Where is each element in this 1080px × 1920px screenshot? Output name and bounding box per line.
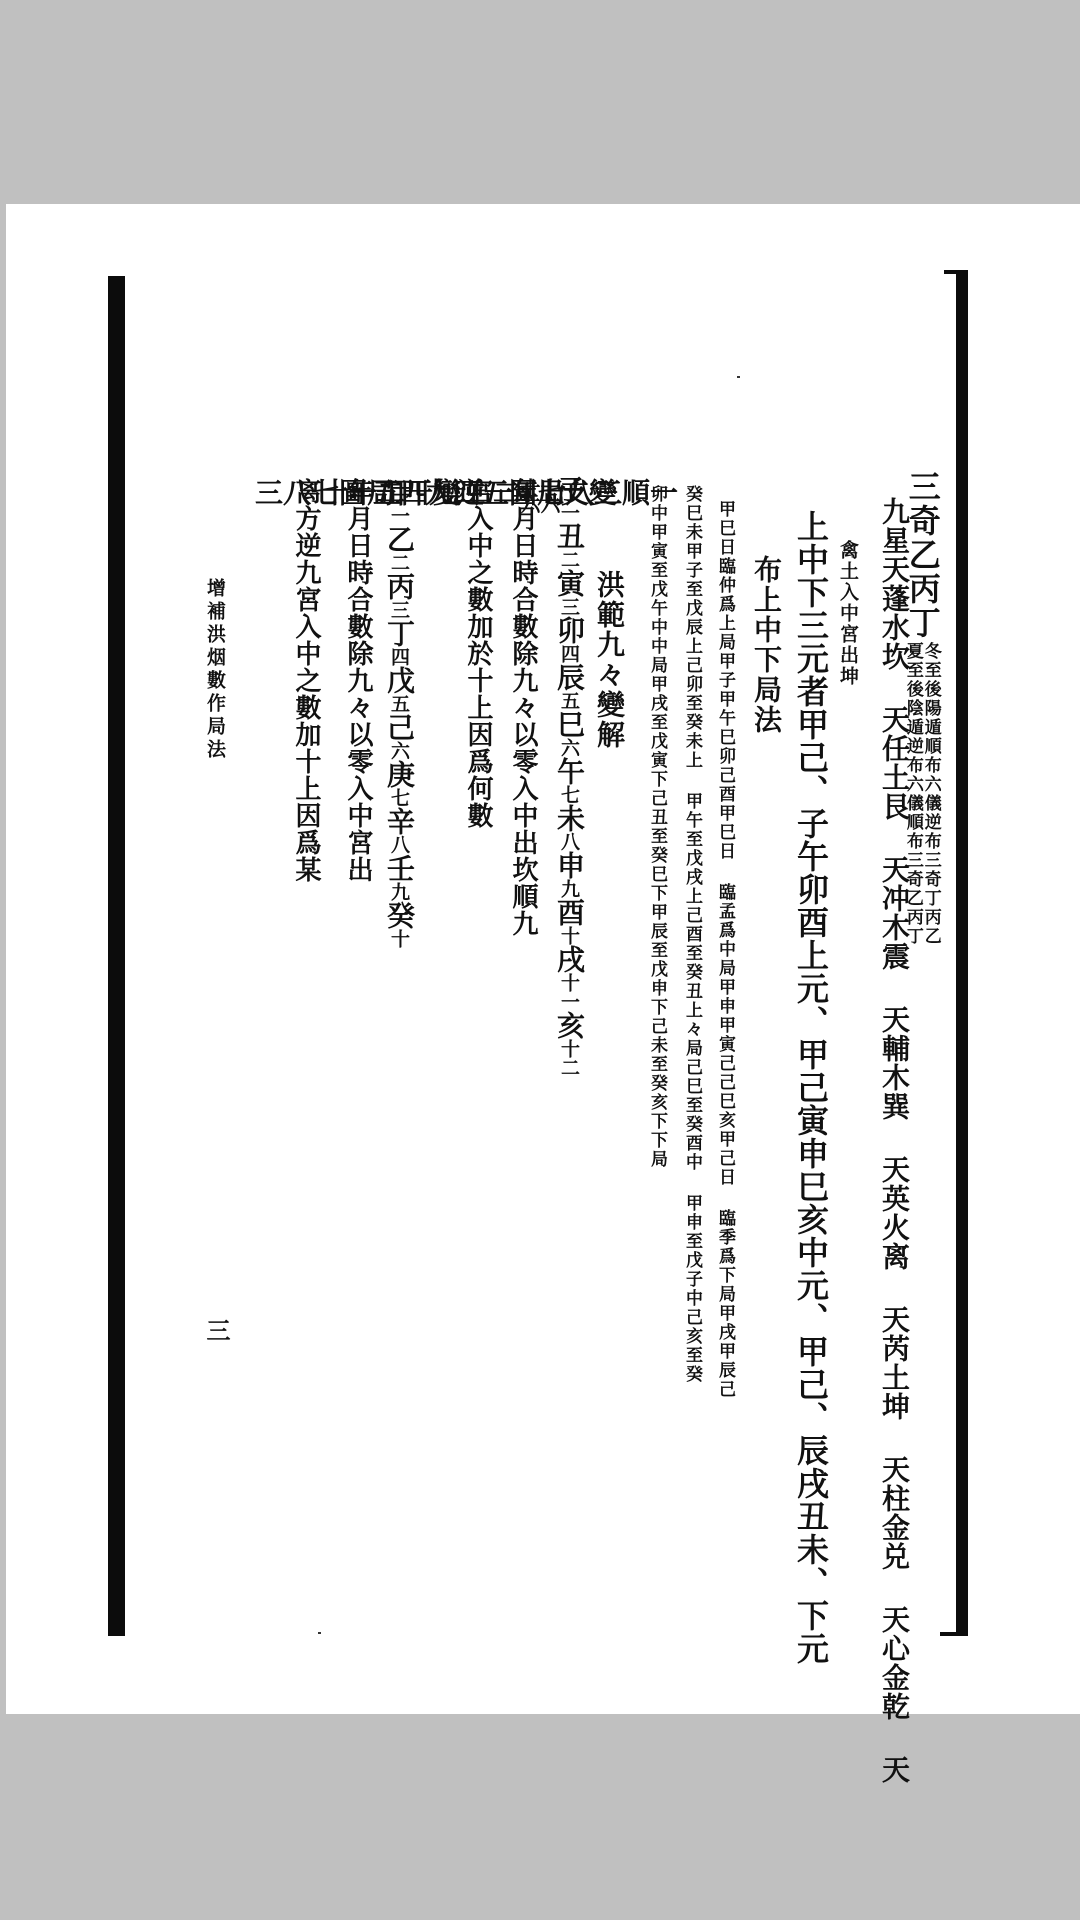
page-frame-right-border [956, 270, 968, 1636]
page-number: 三 [204, 1318, 228, 1342]
scan-speck [318, 1632, 321, 1634]
scan-speck [737, 376, 740, 378]
annotation-column-1: 甲巳日臨仲爲上局甲子甲午巳卯己酉甲巳日 臨孟爲中局甲申甲寅己己巳亥甲己日 臨季爲… [716, 500, 733, 1399]
annotation-column-2: 癸巳未甲子至戊辰上己卯至癸未上 甲午至戊戌上己酉至癸丑上々局己巳至癸酉中 甲申至… [683, 485, 700, 1384]
column-biangan: 變 干 二 一 十 离方逆九宮入中之數加十上因爲某 [293, 478, 459, 883]
running-title: 增補洪烟數作局法 [205, 578, 224, 762]
page-frame-right-bottom [940, 1632, 968, 1636]
page-frame-left-border [108, 276, 125, 1636]
column-qin: 禽土入中宮出坤 [838, 540, 857, 687]
page-frame-left-corner [108, 276, 125, 290]
biangan-explanation: 离方逆九宮入中之數加十上因爲某 [293, 478, 319, 883]
heading-bu-ju-fa: 布上中下局法 [752, 555, 780, 735]
column-jutu-2: 局 圖 七 八 三 [253, 478, 393, 532]
column-sanyuan: 上中下三元者甲己、子午卯酉上元、甲己寅申巳亥中元、甲己、辰戌丑未、下元 [795, 510, 827, 1665]
sanqi-note-yang: 冬至後陽遁順布六儀逆布三奇丁丙乙 [921, 642, 939, 946]
scanned-page [6, 204, 1080, 1714]
column-jiuxing: 九星天蓬水坎 天任土艮 天冲木震 天輔木巽 天英火离 天芮土坤 天柱金兑 天心金… [880, 497, 908, 1784]
